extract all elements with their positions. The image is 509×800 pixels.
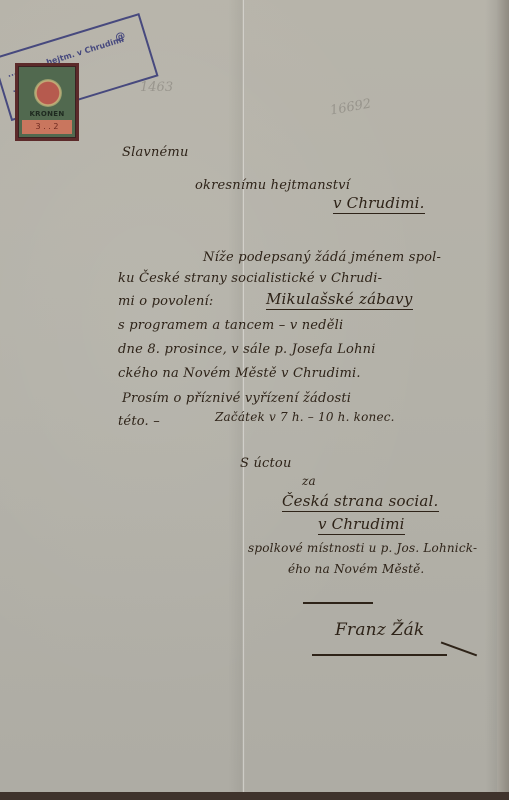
body-line: dne 8. prosince, v sále p. Josefa Lohni <box>118 342 376 357</box>
closing-for: za <box>302 474 316 488</box>
event-time-note: Začátek v 7 h. – 10 h. konec. <box>215 410 395 424</box>
emperor-portrait-icon <box>34 79 62 107</box>
body-line: Prosím o příznivé vyřízení žádosti <box>122 391 351 406</box>
event-name: Mikulašské zábavy <box>266 290 413 310</box>
revenue-stamp: KRONEN 3 . . 2 <box>15 63 79 141</box>
paper-right-shadow <box>485 0 497 792</box>
revenue-stamp-value: 3 . . 2 <box>22 120 72 134</box>
background-table <box>0 792 509 800</box>
body-line: ku České strany socialistické v Chrudi- <box>118 271 382 286</box>
body-line: s programem a tancem – v neděli <box>118 318 343 333</box>
address-line: spolkové místnosti u p. Jos. Lohnick- <box>248 541 477 555</box>
address-line: ého na Novém Městě. <box>288 562 424 576</box>
signature: Franz Žák <box>335 620 424 640</box>
faint-mark-number: 1463 <box>140 80 173 95</box>
revenue-stamp-label: KRONEN <box>19 110 75 118</box>
salutation-line: Slavnému <box>122 145 189 160</box>
organization-name: Česká strana social. <box>282 492 439 512</box>
closing: S úctou <box>240 456 292 471</box>
paper-edge <box>497 0 509 800</box>
revenue-stamp-body: KRONEN 3 . . 2 <box>18 66 76 138</box>
stamp-mark-icon: @ <box>114 30 127 43</box>
salutation-line: okresnímu hejtmanství <box>195 178 350 193</box>
body-line: ckého na Novém Městě v Chrudimi. <box>118 366 361 381</box>
signature-flourish-top <box>303 602 373 604</box>
body-line: mi o povolení: <box>118 294 213 309</box>
signature-flourish-bottom <box>312 654 447 656</box>
salutation-place: v Chrudimi. <box>333 194 425 214</box>
organization-place: v Chrudimi <box>318 515 405 535</box>
body-line: této. – <box>118 414 160 429</box>
body-line: Níže podepsaný žádá jménem spol- <box>203 250 441 265</box>
